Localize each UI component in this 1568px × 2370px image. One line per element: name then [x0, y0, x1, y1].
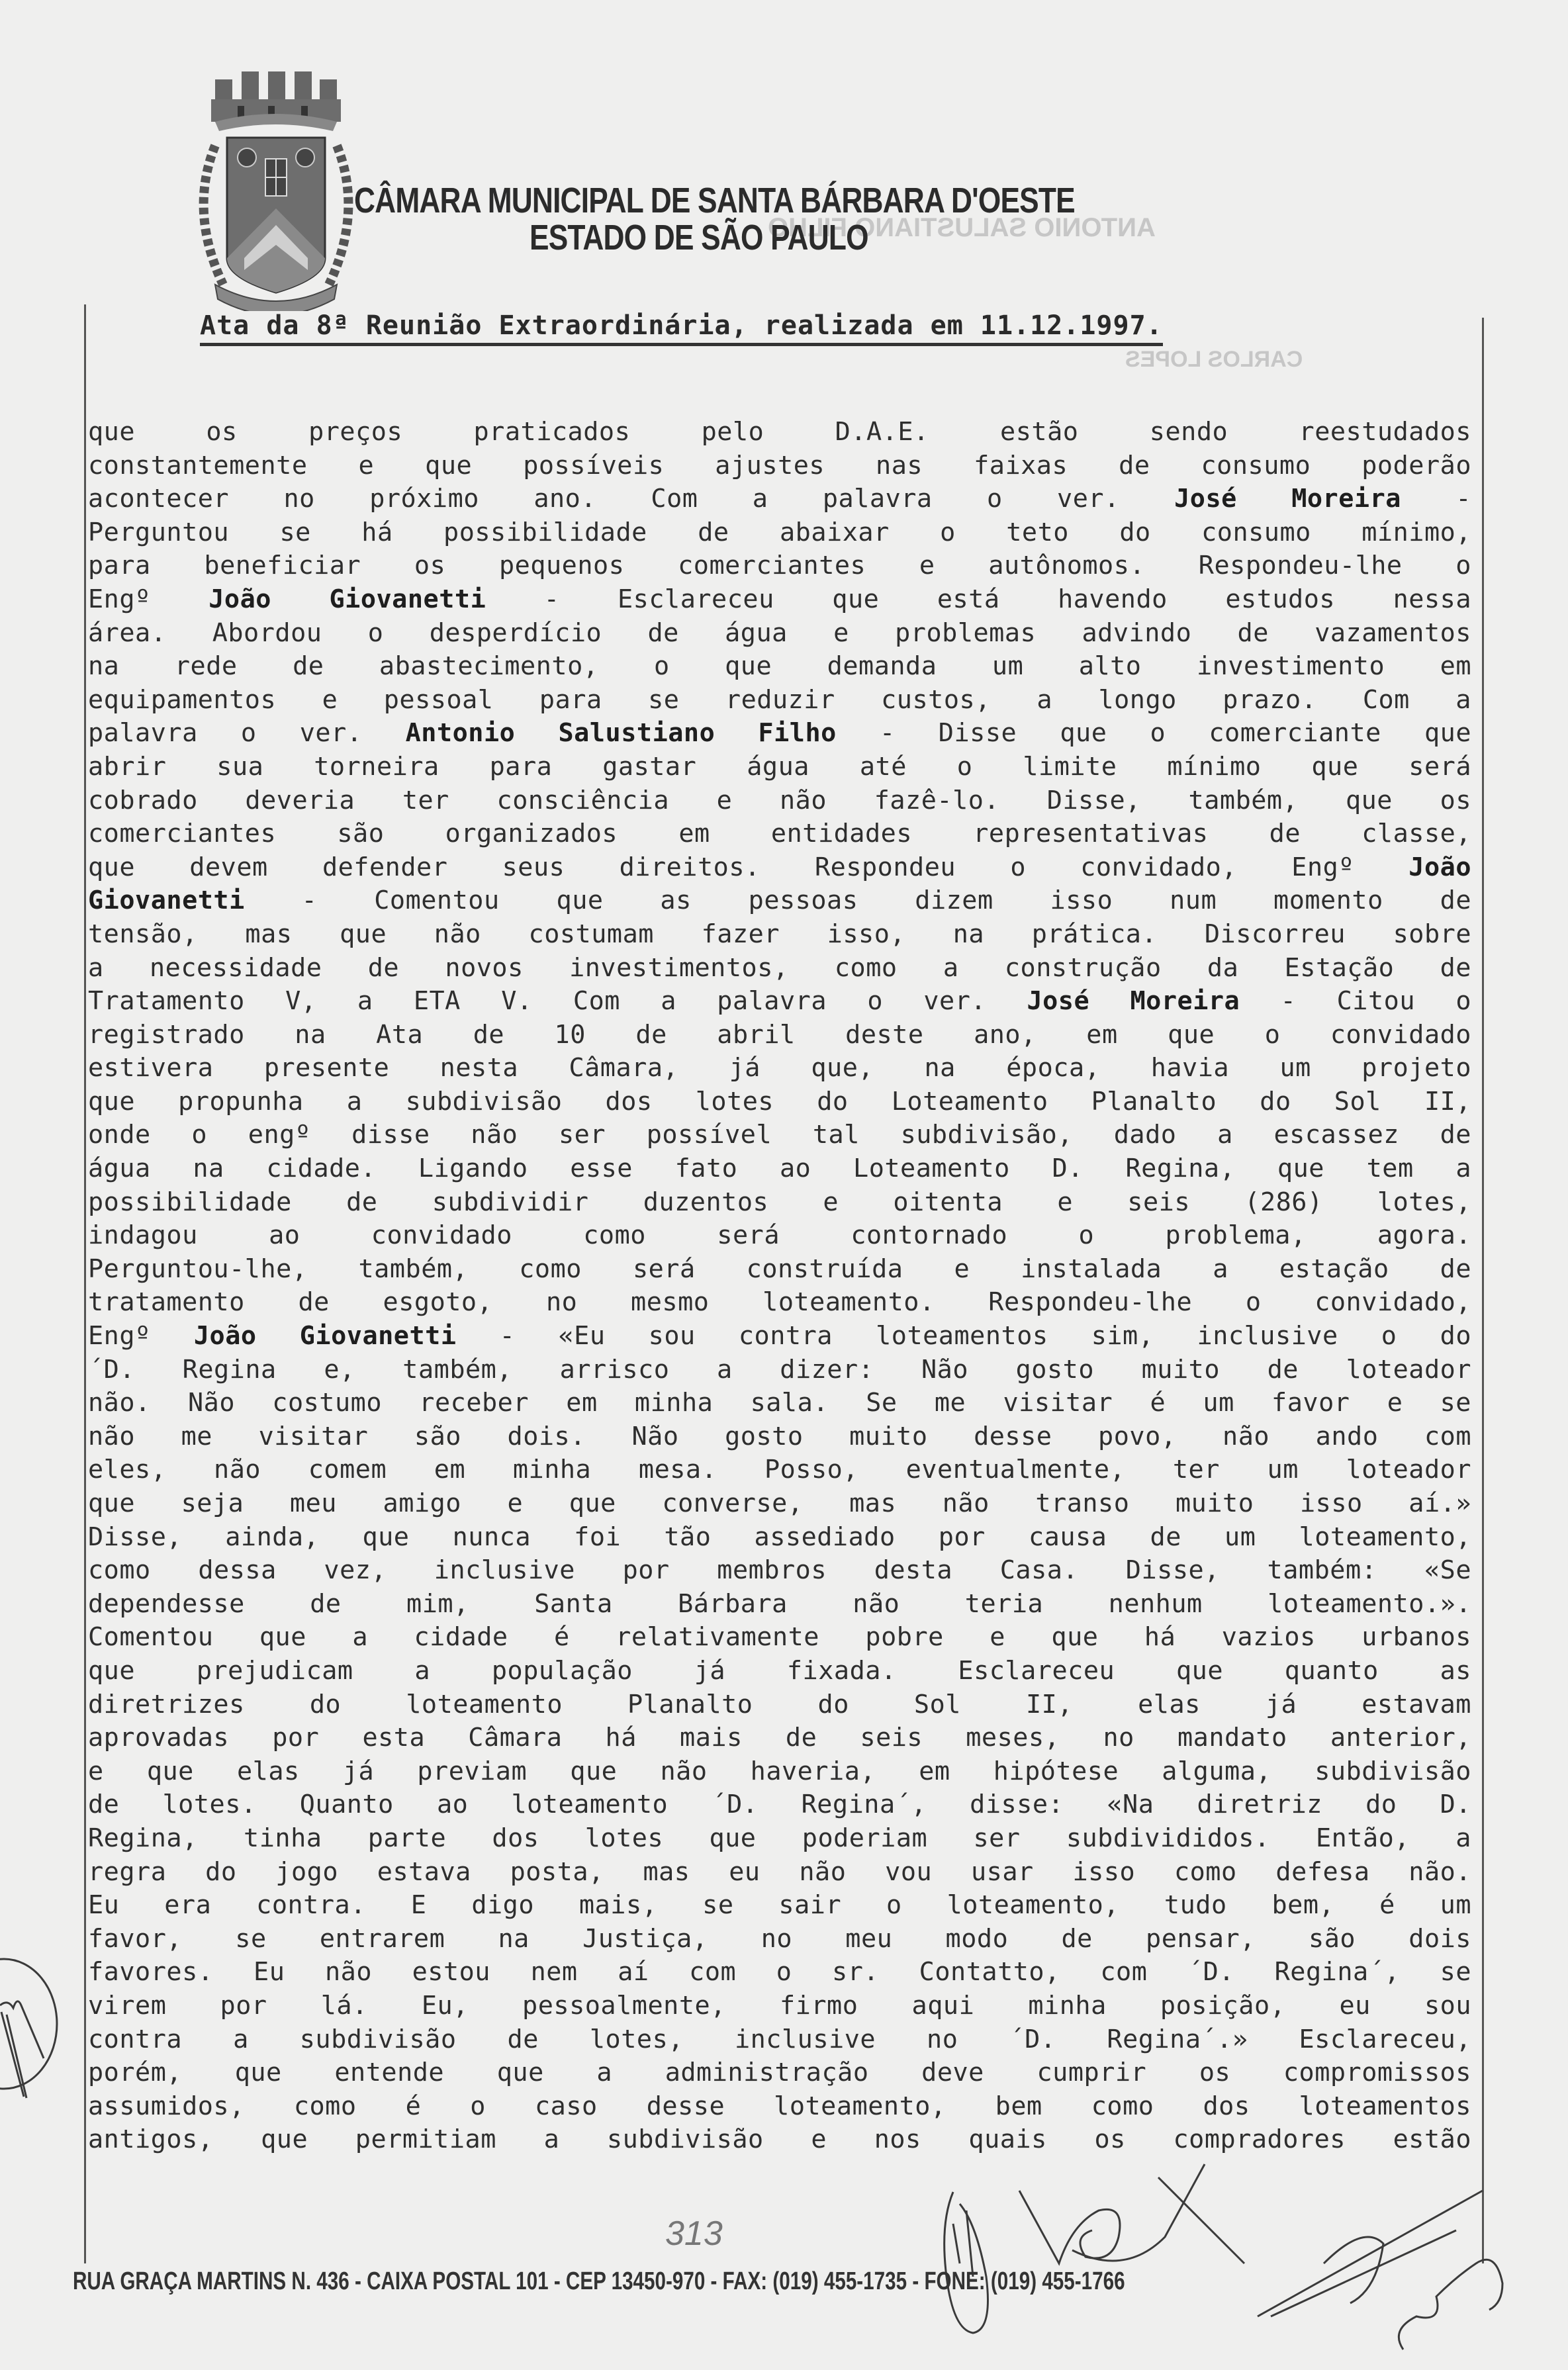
text-run: antigos, que permitiam a subdivisão e no… — [88, 2124, 1471, 2154]
text-line: regra do jogo estava posta, mas eu não v… — [88, 1856, 1471, 1890]
state-name: ESTADO DE SÃO PAULO — [530, 217, 868, 258]
text-run: dependesse de mim, Santa Bárbara não ter… — [88, 1589, 1471, 1619]
text-run: regra do jogo estava posta, mas eu não v… — [88, 1857, 1471, 1887]
text-line: Perguntou se há possibilidade de abaixar… — [88, 516, 1471, 550]
bleed-through-text: CARLOS LOPES — [1125, 347, 1303, 373]
text-run: constantemente e que possíveis ajustes n… — [88, 451, 1471, 480]
text-run: - Esclareceu que está havendo estudos ne… — [486, 584, 1471, 614]
text-run: Perguntou-lhe, também, como será constru… — [88, 1254, 1471, 1284]
text-line: área. Abordou o desperdício de água e pr… — [88, 617, 1471, 651]
text-run: para beneficiar os pequenos comerciantes… — [88, 551, 1471, 580]
text-line: Disse, ainda, que nunca foi tão assediad… — [88, 1521, 1471, 1555]
text-line: dependesse de mim, Santa Bárbara não ter… — [88, 1588, 1471, 1621]
text-run: onde o engº disse não ser possível tal s… — [88, 1120, 1471, 1150]
text-line: na rede de abastecimento, o que demanda … — [88, 650, 1471, 684]
handwritten-page-number: 313 — [665, 2214, 723, 2254]
text-line: assumidos, como é o caso desse loteament… — [88, 2090, 1471, 2124]
text-line: aprovadas por esta Câmara há mais de sei… — [88, 1721, 1471, 1755]
text-run: Regina, tinha parte dos lotes que poderi… — [88, 1823, 1471, 1853]
text-line: virem por lá. Eu, pessoalmente, firmo aq… — [88, 1989, 1471, 2023]
text-run: contra a subdivisão de lotes, inclusive … — [88, 2025, 1471, 2054]
text-run: cobrado deveria ter consciência e não fa… — [88, 786, 1471, 815]
text-line: e que elas já previam que não haveria, e… — [88, 1755, 1471, 1789]
text-line: onde o engº disse não ser possível tal s… — [88, 1118, 1471, 1152]
text-line: a necessidade de novos investimentos, co… — [88, 952, 1471, 985]
minutes-body: que os preços praticados pelo D.A.E. est… — [88, 416, 1471, 2157]
text-line: constantemente e que possíveis ajustes n… — [88, 449, 1471, 483]
text-line: ´D. Regina e, também, arrisco a dizer: N… — [88, 1353, 1471, 1387]
text-line: não. Não costumo receber em minha sala. … — [88, 1387, 1471, 1420]
text-line: acontecer no próximo ano. Com a palavra … — [88, 482, 1471, 516]
text-line: que propunha a subdivisão dos lotes do L… — [88, 1085, 1471, 1119]
speaker-name: João Giovanetti — [194, 1321, 457, 1351]
text-run: área. Abordou o desperdício de água e pr… — [88, 618, 1471, 648]
text-line: Eu era contra. E digo mais, se sair o lo… — [88, 1889, 1471, 1923]
text-run: eles, não comem em minha mesa. Posso, ev… — [88, 1455, 1471, 1484]
institution-name: CÂMARA MUNICIPAL DE SANTA BÁRBARA D'OEST… — [354, 180, 1075, 221]
text-run: estivera presente nesta Câmara, já que, … — [88, 1053, 1471, 1083]
speaker-name: Giovanetti — [88, 886, 245, 915]
text-line: abrir sua torneira para gastar água até … — [88, 751, 1471, 784]
text-line: antigos, que permitiam a subdivisão e no… — [88, 2123, 1471, 2157]
text-run: assumidos, como é o caso desse loteament… — [88, 2091, 1471, 2121]
text-line: Perguntou-lhe, também, como será constru… — [88, 1253, 1471, 1287]
text-run: não. Não costumo receber em minha sala. … — [88, 1388, 1471, 1418]
text-line: que os preços praticados pelo D.A.E. est… — [88, 416, 1471, 449]
text-run: diretrizes do loteamento Planalto do Sol… — [88, 1690, 1471, 1719]
text-line: tratamento de esgoto, no mesmo loteament… — [88, 1286, 1471, 1320]
text-line: favores. Eu não estou nem aí com o sr. C… — [88, 1956, 1471, 1989]
text-line: favor, se entrarem na Justiça, no meu mo… — [88, 1923, 1471, 1956]
text-run: registrado na Ata de 10 de abril deste a… — [88, 1020, 1471, 1050]
page-border-left — [84, 304, 86, 2263]
text-line: como dessa vez, inclusive por membros de… — [88, 1554, 1471, 1588]
text-line: porém, que entende que a administração d… — [88, 2056, 1471, 2090]
text-line: tensão, mas que não costumam fazer isso,… — [88, 918, 1471, 952]
text-run: que os preços praticados pelo D.A.E. est… — [88, 417, 1471, 447]
text-run: Comentou que a cidade é relativamente po… — [88, 1622, 1471, 1652]
text-line: que seja meu amigo e que converse, mas n… — [88, 1487, 1471, 1521]
text-run: indagou ao convidado como será contornad… — [88, 1220, 1471, 1250]
speaker-name: Antonio Salustiano Filho — [406, 718, 837, 748]
text-run: favores. Eu não estou nem aí com o sr. C… — [88, 1957, 1471, 1987]
text-line: palavra o ver. Antonio Salustiano Filho … — [88, 717, 1471, 751]
text-line: cobrado deveria ter consciência e não fa… — [88, 784, 1471, 818]
text-run: que seja meu amigo e que converse, mas n… — [88, 1488, 1471, 1518]
text-run: comerciantes são organizados em entidade… — [88, 819, 1471, 848]
coat-of-arms-icon — [169, 60, 381, 311]
speaker-name: José Moreira — [1027, 986, 1240, 1016]
text-run: que devem defender seus direitos. Respon… — [88, 852, 1408, 882]
text-run: tensão, mas que não costumam fazer isso,… — [88, 919, 1471, 949]
text-run: acontecer no próximo ano. Com a palavra … — [88, 484, 1174, 514]
text-line: eles, não comem em minha mesa. Posso, ev… — [88, 1453, 1471, 1487]
text-line: equipamentos e pessoal para se reduzir c… — [88, 684, 1471, 717]
speaker-name: José Moreira — [1174, 484, 1401, 514]
text-line: para beneficiar os pequenos comerciantes… — [88, 549, 1471, 583]
text-run: tratamento de esgoto, no mesmo loteament… — [88, 1287, 1471, 1317]
text-line: registrado na Ata de 10 de abril deste a… — [88, 1019, 1471, 1052]
text-line: possibilidade de subdividir duzentos e o… — [88, 1186, 1471, 1220]
text-run: equipamentos e pessoal para se reduzir c… — [88, 685, 1471, 715]
text-run: Engº — [88, 584, 208, 614]
text-run: ´D. Regina e, também, arrisco a dizer: N… — [88, 1355, 1471, 1385]
text-run: possibilidade de subdividir duzentos e o… — [88, 1187, 1471, 1217]
speaker-name: João Giovanetti — [208, 584, 486, 614]
text-run: - Disse que o comerciante que — [837, 718, 1471, 748]
text-line: contra a subdivisão de lotes, inclusive … — [88, 2023, 1471, 2057]
text-line: Tratamento V, a ETA V. Com a palavra o v… — [88, 985, 1471, 1019]
text-run: na rede de abastecimento, o que demanda … — [88, 651, 1471, 681]
text-run: Perguntou se há possibilidade de abaixar… — [88, 518, 1471, 547]
text-run: água na cidade. Ligando esse fato ao Lot… — [88, 1154, 1471, 1183]
text-line: comerciantes são organizados em entidade… — [88, 817, 1471, 851]
text-run: palavra o ver. — [88, 718, 406, 748]
text-run: virem por lá. Eu, pessoalmente, firmo aq… — [88, 1991, 1471, 2021]
text-run: - Comentou que as pessoas dizem isso num… — [245, 886, 1471, 915]
text-run: - Citou o — [1240, 986, 1471, 1016]
text-run: - — [1401, 484, 1471, 514]
document-title: Ata da 8ª Reunião Extraordinária, realiz… — [200, 310, 1163, 346]
speaker-name: João — [1408, 852, 1471, 882]
footer-address: RUA GRAÇA MARTINS N. 436 - CAIXA POSTAL … — [73, 2267, 1125, 2296]
text-run: Engº — [88, 1321, 194, 1351]
text-run: e que elas já previam que não haveria, e… — [88, 1756, 1471, 1786]
text-run: - «Eu sou contra loteamentos sim, inclus… — [457, 1321, 1471, 1351]
text-run: que prejudicam a população já fixada. Es… — [88, 1656, 1471, 1686]
text-line: Giovanetti - Comentou que as pessoas diz… — [88, 884, 1471, 918]
text-line: água na cidade. Ligando esse fato ao Lot… — [88, 1152, 1471, 1186]
text-line: indagou ao convidado como será contornad… — [88, 1219, 1471, 1253]
text-line: de lotes. Quanto ao loteamento ´D. Regin… — [88, 1788, 1471, 1822]
text-run: Disse, ainda, que nunca foi tão assediad… — [88, 1522, 1471, 1552]
text-line: diretrizes do loteamento Planalto do Sol… — [88, 1688, 1471, 1722]
text-line: que devem defender seus direitos. Respon… — [88, 851, 1471, 885]
text-run: como dessa vez, inclusive por membros de… — [88, 1555, 1471, 1585]
text-line: não me visitar são dois. Não gosto muito… — [88, 1420, 1471, 1454]
text-line: Engº João Giovanetti - «Eu sou contra lo… — [88, 1320, 1471, 1353]
text-run: abrir sua torneira para gastar água até … — [88, 752, 1471, 782]
text-run: favor, se entrarem na Justiça, no meu mo… — [88, 1924, 1471, 1954]
text-line: Regina, tinha parte dos lotes que poderi… — [88, 1822, 1471, 1856]
text-run: a necessidade de novos investimentos, co… — [88, 953, 1471, 983]
text-line: Comentou que a cidade é relativamente po… — [88, 1621, 1471, 1655]
text-line: Engº João Giovanetti - Esclareceu que es… — [88, 583, 1471, 617]
text-line: estivera presente nesta Câmara, já que, … — [88, 1052, 1471, 1085]
text-line: que prejudicam a população já fixada. Es… — [88, 1655, 1471, 1688]
text-run: Tratamento V, a ETA V. Com a palavra o v… — [88, 986, 1027, 1016]
text-run: Eu era contra. E digo mais, se sair o lo… — [88, 1890, 1471, 1920]
page-border-right — [1482, 318, 1484, 2263]
text-run: que propunha a subdivisão dos lotes do L… — [88, 1087, 1471, 1117]
text-run: de lotes. Quanto ao loteamento ´D. Regin… — [88, 1790, 1471, 1819]
text-run: porém, que entende que a administração d… — [88, 2058, 1471, 2087]
text-run: aprovadas por esta Câmara há mais de sei… — [88, 1723, 1471, 1753]
text-run: não me visitar são dois. Não gosto muito… — [88, 1422, 1471, 1451]
